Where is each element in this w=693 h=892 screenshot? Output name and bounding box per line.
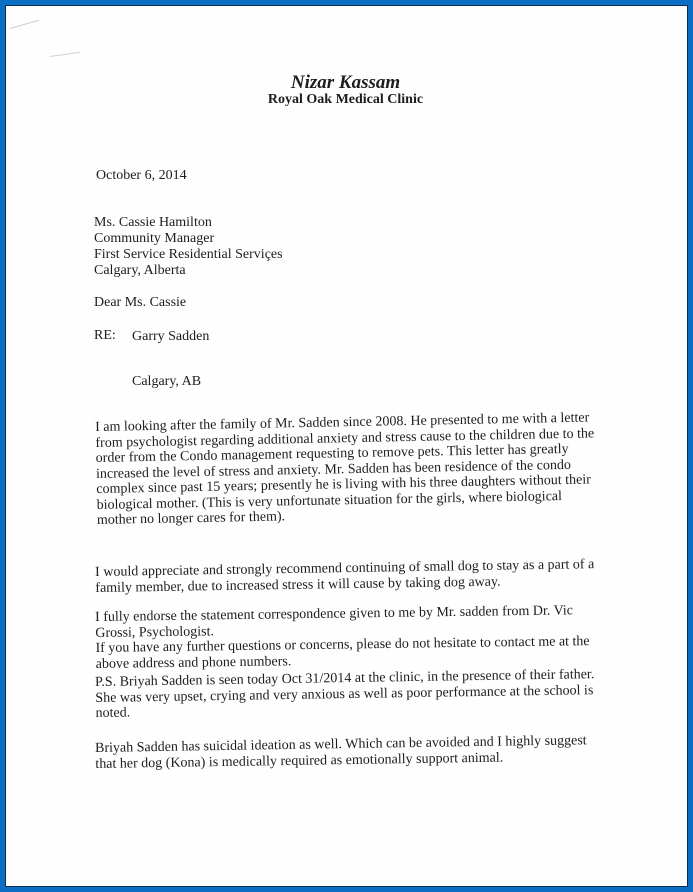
recipient-title: Community Manager (94, 231, 283, 247)
re-subject-city: Calgary, AB (132, 374, 201, 390)
recipient-name: Ms. Cassie Hamilton (94, 215, 283, 231)
letter-page: Nizar Kassam Royal Oak Medical Clinic Oc… (5, 5, 688, 887)
re-label: RE: (94, 328, 116, 344)
re-subject-name: Garry Sadden (132, 329, 209, 345)
letterhead-name: Nizar Kassam (5, 72, 687, 94)
body-paragraph: P.S. Briyah Sadden is seen today Oct 31/… (95, 667, 616, 722)
recipient-address: Ms. Cassie Hamilton Community Manager Fi… (94, 215, 283, 279)
recipient-city: Calgary, Alberta (94, 263, 283, 279)
scan-mark (50, 52, 80, 57)
letterhead-clinic: Royal Oak Medical Clinic (5, 92, 687, 108)
body-paragraph: I am looking after the family of Mr. Sad… (95, 410, 617, 528)
body-paragraph: I fully endorse the statement correspond… (95, 603, 616, 672)
body-paragraph: Briyah Sadden has suicidal ideation as w… (95, 733, 615, 772)
salutation: Dear Ms. Cassie (94, 295, 186, 311)
scan-mark (10, 20, 39, 29)
recipient-company: First Service Residential Serviçes (94, 247, 283, 263)
body-paragraph: I would appreciate and strongly recommen… (95, 557, 615, 596)
letter-date: October 6, 2014 (96, 168, 187, 184)
